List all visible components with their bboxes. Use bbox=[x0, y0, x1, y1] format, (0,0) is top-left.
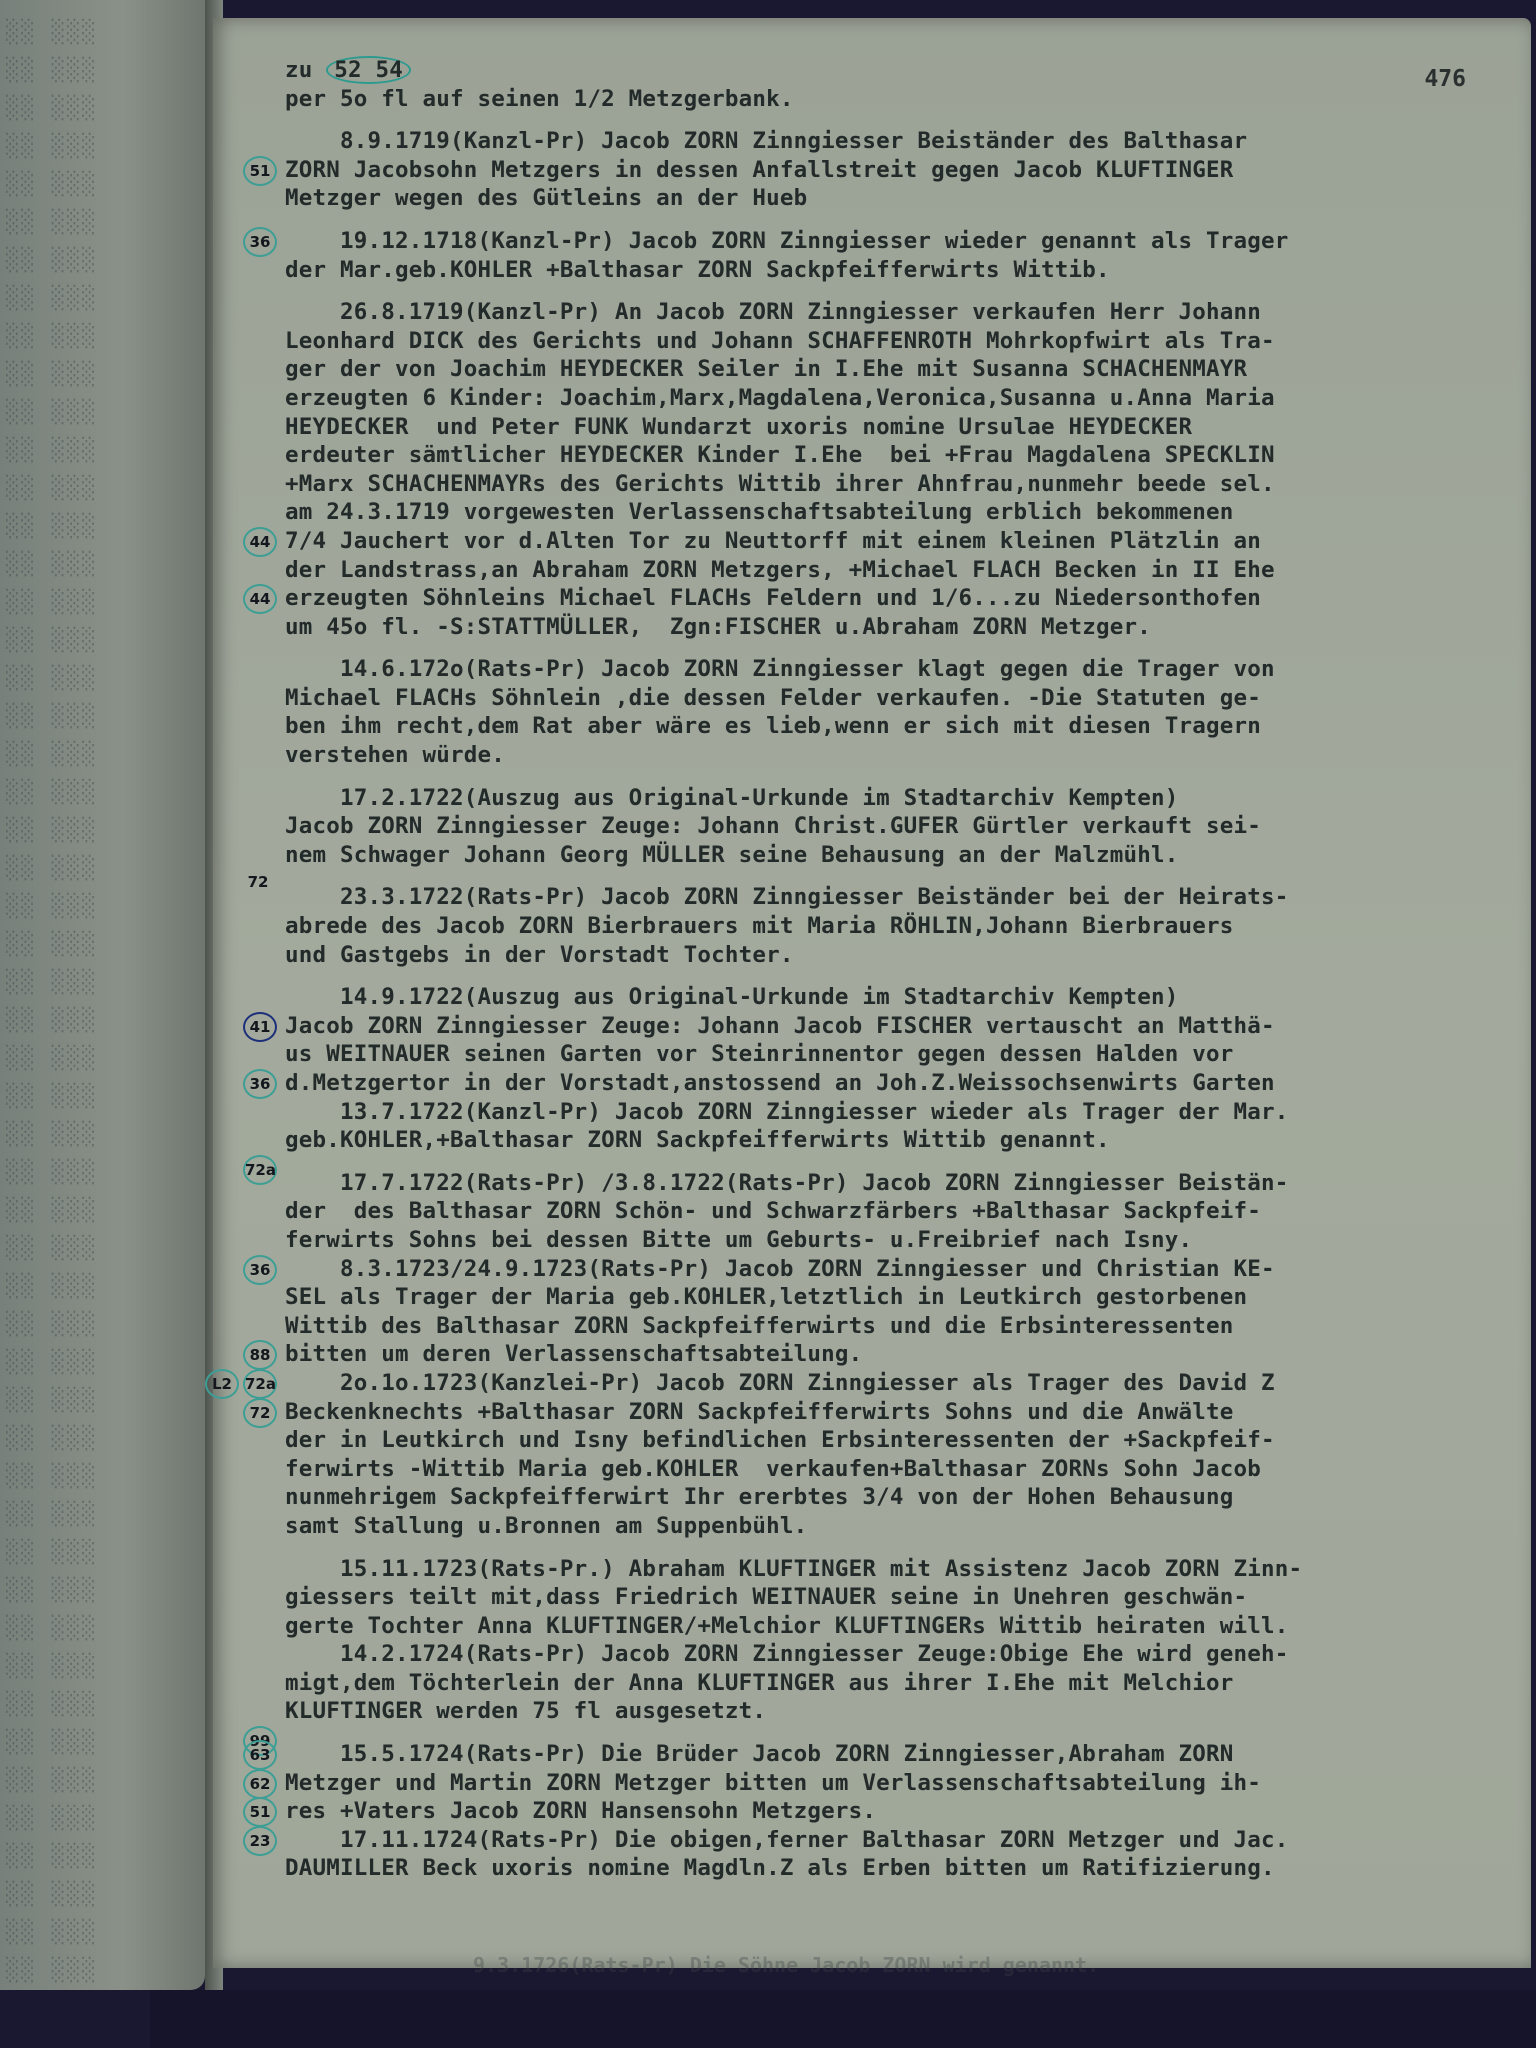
margin-reference-note: 36 bbox=[243, 1069, 277, 1099]
text-line: 13.7.1722(Kanzl-Pr) Jacob ZORN Zinngiess… bbox=[285, 1098, 1525, 1127]
text-line: ger der von Joachim HEYDECKER Seiler in … bbox=[285, 355, 1525, 384]
margin-reference-note: 72 bbox=[243, 1398, 277, 1428]
text-line: der des Balthasar ZORN Schön- und Schwar… bbox=[285, 1197, 1525, 1226]
facing-page-faded-text: ░░ ░░░ bbox=[6, 400, 97, 425]
facing-page-faded-text: ░░ ░░░ bbox=[6, 1540, 97, 1565]
facing-page-faded-text: ░░ ░░░ bbox=[6, 58, 97, 83]
facing-page-faded-text: ░░ ░░░ bbox=[6, 1464, 97, 1489]
text-line: erdeuter sämtlicher HEYDECKER Kinder I.E… bbox=[285, 441, 1525, 470]
paragraph-gap bbox=[285, 1541, 1525, 1555]
margin-reference-note: 44 bbox=[243, 527, 277, 557]
margin-reference-note: 72a bbox=[243, 1155, 277, 1185]
document-page: 476 zu 52 54 per 5o fl auf seinen 1/2 Me… bbox=[213, 18, 1531, 1968]
facing-page-faded-text: ░░ ░░░ bbox=[6, 1122, 97, 1147]
text-line: 17.2.1722(Auszug aus Original-Urkunde im… bbox=[285, 784, 1525, 813]
facing-page-faded-text: ░░ ░░░ bbox=[6, 590, 97, 615]
background-shadow bbox=[150, 1990, 1536, 2048]
facing-page-faded-text: ░░ ░░░ bbox=[6, 1046, 97, 1071]
facing-page-faded-text: ░░ ░░░ bbox=[6, 856, 97, 881]
text-line: migt,dem Töchterlein der Anna KLUFTINGER… bbox=[285, 1669, 1525, 1698]
facing-page-faded-text: ░░ ░░░ bbox=[6, 1008, 97, 1033]
facing-page-faded-text: ░░ ░░░ bbox=[6, 1730, 97, 1755]
text-line: SEL als Trager der Maria geb.KOHLER,letz… bbox=[285, 1283, 1525, 1312]
text-line: HEYDECKER und Peter FUNK Wundarzt uxoris… bbox=[285, 413, 1525, 442]
facing-page-faded-text: ░░ ░░░ bbox=[6, 134, 97, 159]
facing-page-faded-text: ░░ ░░░ bbox=[6, 1654, 97, 1679]
text-line: ZORN Jacobsohn Metzgers in dessen Anfall… bbox=[285, 156, 1525, 185]
text-line: 17.11.1724(Rats-Pr) Die obigen,ferner Ba… bbox=[285, 1826, 1525, 1855]
facing-page-left: ░░ ░░░░░ ░░░░░ ░░░░░ ░░░░░ ░░░░░ ░░░░░ ░… bbox=[0, 0, 205, 1990]
paragraph-gap bbox=[285, 1155, 1525, 1169]
text-line: 19.12.1718(Kanzl-Pr) Jacob ZORN Zinngies… bbox=[285, 227, 1525, 256]
text-line: Michael FLACHs Söhnlein ,die dessen Feld… bbox=[285, 684, 1525, 713]
facing-page-faded-text: ░░ ░░░ bbox=[6, 932, 97, 957]
margin-reference-note: 88 bbox=[243, 1340, 277, 1370]
margin-reference-note: 36 bbox=[243, 1255, 277, 1285]
text-line: nunmehrigem Sackpfeifferwirt Ihr ererbte… bbox=[285, 1483, 1525, 1512]
facing-page-faded-text: ░░ ░░░ bbox=[6, 514, 97, 539]
margin-reference-note: 41 bbox=[243, 1012, 277, 1042]
text-line: res +Vaters Jacob ZORN Hansensohn Metzge… bbox=[285, 1797, 1525, 1826]
facing-page-faded-text: ░░ ░░░ bbox=[6, 1958, 97, 1983]
text-line: d.Metzgertor in der Vorstadt,anstossend … bbox=[285, 1069, 1525, 1098]
text-line: Jacob ZORN Zinngiesser Zeuge: Johann Jac… bbox=[285, 1012, 1525, 1041]
text-line: der Mar.geb.KOHLER +Balthasar ZORN Sackp… bbox=[285, 256, 1525, 285]
text-line: +Marx SCHACHENMAYRs des Gerichts Wittib … bbox=[285, 470, 1525, 499]
text-line: 23.3.1722(Rats-Pr) Jacob ZORN Zinngiesse… bbox=[285, 883, 1525, 912]
paragraph-gap bbox=[285, 969, 1525, 983]
bleed-through-text: 9.3.1726(Rats-Pr) Die Söhne Jacob ZORN w… bbox=[473, 1953, 1099, 1977]
text-line: 8.3.1723/24.9.1723(Rats-Pr) Jacob ZORN Z… bbox=[285, 1255, 1525, 1284]
facing-page-faded-text: ░░ ░░░ bbox=[6, 1616, 97, 1641]
text-line: Metzger und Martin ZORN Metzger bitten u… bbox=[285, 1769, 1525, 1798]
margin-reference-note: 72a bbox=[243, 1369, 277, 1399]
facing-page-faded-text: ░░ ░░░ bbox=[6, 742, 97, 767]
facing-page-faded-text: ░░ ░░░ bbox=[6, 704, 97, 729]
text-line: geb.KOHLER,+Balthasar ZORN Sackpfeifferw… bbox=[285, 1126, 1525, 1155]
facing-page-faded-text: ░░ ░░░ bbox=[6, 552, 97, 577]
margin-reference-note-extra: L2 bbox=[205, 1369, 239, 1399]
facing-page-faded-text: ░░ ░░░ bbox=[6, 818, 97, 843]
text-line: ben ihm recht,dem Rat aber wäre es lieb,… bbox=[285, 712, 1525, 741]
facing-page-faded-text: ░░ ░░░ bbox=[6, 1274, 97, 1299]
text-line: der Landstrass,an Abraham ZORN Metzgers,… bbox=[285, 556, 1525, 585]
typewritten-text-block: zu 52 54 per 5o fl auf seinen 1/2 Metzge… bbox=[285, 56, 1525, 1883]
facing-page-faded-text: ░░ ░░░ bbox=[6, 1426, 97, 1451]
paragraph-gap bbox=[285, 869, 1525, 883]
facing-page-faded-text: ░░ ░░░ bbox=[6, 1502, 97, 1527]
margin-reference-note: 36 bbox=[243, 227, 277, 257]
text-line: ferwirts Sohns bei dessen Bitte um Gebur… bbox=[285, 1226, 1525, 1255]
paragraph-gap bbox=[285, 770, 1525, 784]
text-line: erzeugten Söhnleins Michael FLACHs Felde… bbox=[285, 584, 1525, 613]
facing-page-faded-text: ░░ ░░░ bbox=[6, 1920, 97, 1945]
paragraph-gap bbox=[285, 213, 1525, 227]
facing-page-faded-text: ░░ ░░░ bbox=[6, 1692, 97, 1717]
margin-reference-note: 51 bbox=[243, 1797, 277, 1827]
margin-reference-note: 72 bbox=[243, 869, 273, 895]
facing-page-faded-text: ░░ ░░░ bbox=[6, 324, 97, 349]
facing-page-faded-text: ░░ ░░░ bbox=[6, 1806, 97, 1831]
facing-page-faded-text: ░░ ░░░ bbox=[6, 666, 97, 691]
facing-page-faded-text: ░░ ░░░ bbox=[6, 172, 97, 197]
facing-page-faded-text: ░░ ░░░ bbox=[6, 362, 97, 387]
text-line: 26.8.1719(Kanzl-Pr) An Jacob ZORN Zinngi… bbox=[285, 298, 1525, 327]
text-line: gerte Tochter Anna KLUFTINGER/+Melchior … bbox=[285, 1612, 1525, 1641]
facing-page-faded-text: ░░ ░░░ bbox=[6, 210, 97, 235]
facing-page-faded-text: ░░ ░░░ bbox=[6, 248, 97, 273]
margin-reference-note: 63 bbox=[243, 1740, 277, 1770]
facing-page-faded-text: ░░ ░░░ bbox=[6, 1882, 97, 1907]
text-line: der in Leutkirch und Isny befindlichen E… bbox=[285, 1426, 1525, 1455]
facing-page-faded-text: ░░ ░░░ bbox=[6, 438, 97, 463]
text-line: 15.5.1724(Rats-Pr) Die Brüder Jacob ZORN… bbox=[285, 1740, 1525, 1769]
facing-page-faded-text: ░░ ░░░ bbox=[6, 20, 97, 45]
facing-page-faded-text: ░░ ░░░ bbox=[6, 970, 97, 995]
text-line: verstehen würde. bbox=[285, 741, 1525, 770]
text-line: KLUFTINGER werden 75 fl ausgesetzt. bbox=[285, 1697, 1525, 1726]
facing-page-faded-text: ░░ ░░░ bbox=[6, 1388, 97, 1413]
facing-page-faded-text: ░░ ░░░ bbox=[6, 780, 97, 805]
paragraph-gap bbox=[285, 1726, 1525, 1740]
facing-page-faded-text: ░░ ░░░ bbox=[6, 1198, 97, 1223]
header-prefix: zu bbox=[285, 57, 313, 83]
paragraph-gap bbox=[285, 113, 1525, 127]
text-line: 2o.1o.1723(Kanzlei-Pr) Jacob ZORN Zinngi… bbox=[285, 1369, 1525, 1398]
text-line: bitten um deren Verlassenschaftsabteilun… bbox=[285, 1340, 1525, 1369]
margin-reference-note: 44 bbox=[243, 584, 277, 614]
text-line: abrede des Jacob ZORN Bierbrauers mit Ma… bbox=[285, 912, 1525, 941]
facing-page-faded-text: ░░ ░░░ bbox=[6, 1844, 97, 1869]
text-line: giessers teilt mit,dass Friedrich WEITNA… bbox=[285, 1583, 1525, 1612]
text-line: 17.7.1722(Rats-Pr) /3.8.1722(Rats-Pr) Ja… bbox=[285, 1169, 1525, 1198]
text-line: ferwirts -Wittib Maria geb.KOHLER verkau… bbox=[285, 1455, 1525, 1484]
facing-page-faded-text: ░░ ░░░ bbox=[6, 1084, 97, 1109]
text-line: per 5o fl auf seinen 1/2 Metzgerbank. bbox=[285, 85, 1525, 114]
facing-page-faded-text: ░░ ░░░ bbox=[6, 1578, 97, 1603]
margin-reference-note: 23 bbox=[243, 1826, 277, 1856]
text-line: erzeugten 6 Kinder: Joachim,Marx,Magdale… bbox=[285, 384, 1525, 413]
facing-page-faded-text: ░░ ░░░ bbox=[6, 628, 97, 653]
paragraph-gap bbox=[285, 641, 1525, 655]
facing-page-faded-text: ░░ ░░░ bbox=[6, 476, 97, 501]
text-line: am 24.3.1719 vorgewesten Verlassenschaft… bbox=[285, 498, 1525, 527]
paragraph-gap bbox=[285, 284, 1525, 298]
text-line: DAUMILLER Beck uxoris nomine Magdln.Z al… bbox=[285, 1854, 1525, 1883]
text-line: 7/4 Jauchert vor d.Alten Tor zu Neuttorf… bbox=[285, 527, 1525, 556]
header-reference-circle: 52 54 bbox=[326, 56, 411, 84]
text-line: nem Schwager Johann Georg MÜLLER seine B… bbox=[285, 841, 1525, 870]
text-line: 14.6.172o(Rats-Pr) Jacob ZORN Zinngiesse… bbox=[285, 655, 1525, 684]
margin-reference-note: 62 bbox=[243, 1769, 277, 1799]
text-line: Jacob ZORN Zinngiesser Zeuge: Johann Chr… bbox=[285, 812, 1525, 841]
facing-page-faded-text: ░░ ░░░ bbox=[6, 1768, 97, 1793]
facing-page-faded-text: ░░ ░░░ bbox=[6, 286, 97, 311]
text-line: us WEITNAUER seinen Garten vor Steinrinn… bbox=[285, 1040, 1525, 1069]
text-line: 14.9.1722(Auszug aus Original-Urkunde im… bbox=[285, 983, 1525, 1012]
text-line: 8.9.1719(Kanzl-Pr) Jacob ZORN Zinngiesse… bbox=[285, 127, 1525, 156]
facing-page-faded-text: ░░ ░░░ bbox=[6, 1160, 97, 1185]
facing-page-faded-text: ░░ ░░░ bbox=[6, 1312, 97, 1337]
facing-page-faded-text: ░░ ░░░ bbox=[6, 1350, 97, 1375]
facing-page-faded-text: ░░ ░░░ bbox=[6, 96, 97, 121]
text-line: Beckenknechts +Balthasar ZORN Sackpfeiff… bbox=[285, 1398, 1525, 1427]
text-line: um 45o fl. -S:STATTMÜLLER, Zgn:FISCHER u… bbox=[285, 613, 1525, 642]
text-line: 14.2.1724(Rats-Pr) Jacob ZORN Zinngiesse… bbox=[285, 1640, 1525, 1669]
text-line: Metzger wegen des Gütleins an der Hueb bbox=[285, 184, 1525, 213]
text-line: Wittib des Balthasar ZORN Sackpfeifferwi… bbox=[285, 1312, 1525, 1341]
facing-page-faded-text: ░░ ░░░ bbox=[6, 894, 97, 919]
facing-page-faded-text: ░░ ░░░ bbox=[6, 1236, 97, 1261]
text-line: samt Stallung u.Bronnen am Suppenbühl. bbox=[285, 1512, 1525, 1541]
text-line: 15.11.1723(Rats-Pr.) Abraham KLUFTINGER … bbox=[285, 1555, 1525, 1584]
header-line: zu 52 54 bbox=[285, 56, 1525, 85]
margin-reference-note: 51 bbox=[243, 156, 277, 186]
text-line: Leonhard DICK des Gerichts und Johann SC… bbox=[285, 327, 1525, 356]
text-line: und Gastgebs in der Vorstadt Tochter. bbox=[285, 941, 1525, 970]
